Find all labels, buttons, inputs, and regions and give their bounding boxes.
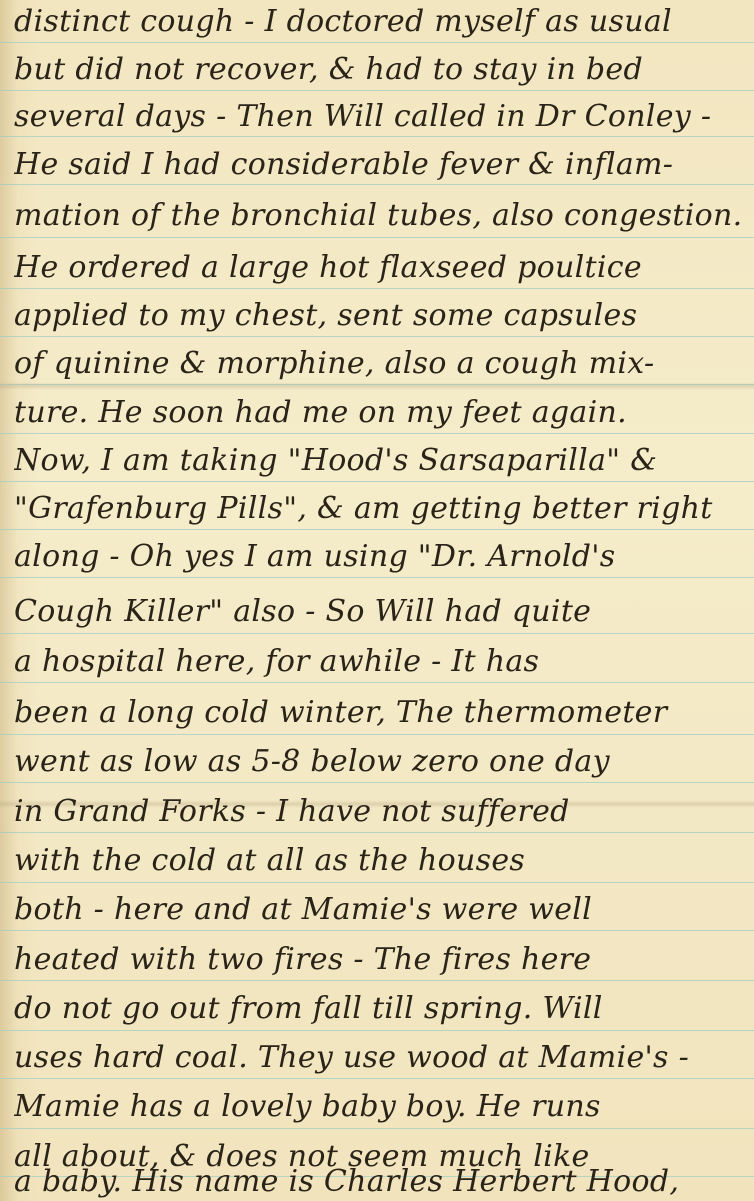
text-line: Mamie has a lovely baby boy. He runs [14, 1089, 748, 1125]
rule-line [0, 237, 754, 238]
rule-line [0, 734, 754, 735]
rule-line [0, 288, 754, 289]
text-line: He said I had considerable fever & infla… [14, 147, 748, 183]
rule-line [0, 682, 754, 683]
rule-line [0, 90, 754, 91]
rule-line [0, 633, 754, 634]
text-line: uses hard coal. They use wood at Mamie's… [14, 1040, 748, 1076]
rule-line [0, 42, 754, 43]
rule-line [0, 882, 754, 883]
text-line: "Grafenburg Pills", & am getting better … [14, 491, 748, 527]
letter-page: distinct cough - I doctored myself as us… [0, 0, 754, 1201]
rule-line [0, 481, 754, 482]
text-line: ture. He soon had me on my feet again. [14, 395, 748, 431]
text-line: He ordered a large hot flaxseed poultice [14, 250, 748, 286]
text-line: heated with two fires - The fires here [14, 942, 748, 978]
text-line: but did not recover, & had to stay in be… [14, 52, 748, 88]
text-line: applied to my chest, sent some capsules [14, 298, 748, 334]
rule-line [0, 529, 754, 530]
text-line: along - Oh yes I am using "Dr. Arnold's [14, 539, 748, 575]
rule-line [0, 1078, 754, 1079]
text-line: went as low as 5-8 below zero one day [14, 744, 748, 780]
text-line: with the cold at all as the houses [14, 843, 748, 879]
rule-line [0, 832, 754, 833]
rule-line [0, 184, 754, 185]
paper-fold [0, 382, 754, 390]
text-line: Cough Killer" also - So Will had quite [14, 594, 748, 630]
rule-line [0, 1128, 754, 1129]
rule-line [0, 782, 754, 783]
rule-line [0, 433, 754, 434]
text-line: in Grand Forks - I have not suffered [14, 794, 748, 830]
text-line: several days - Then Will called in Dr Co… [14, 99, 748, 135]
rule-line [0, 980, 754, 981]
rule-line [0, 577, 754, 578]
rule-line [0, 930, 754, 931]
text-line: distinct cough - I doctored myself as us… [14, 4, 748, 40]
text-line: mation of the bronchial tubes, also cong… [14, 198, 748, 234]
text-line: a hospital here, for awhile - It has [14, 644, 748, 680]
rule-line [0, 136, 754, 137]
rule-line [0, 1030, 754, 1031]
rule-line [0, 336, 754, 337]
text-line: of quinine & morphine, also a cough mix- [14, 346, 748, 382]
text-line: Now, I am taking "Hood's Sarsaparilla" & [14, 443, 748, 479]
text-line: do not go out from fall till spring. Wil… [14, 991, 748, 1027]
text-line: been a long cold winter, The thermometer [14, 695, 748, 731]
text-line: a baby. His name is Charles Herbert Hood… [14, 1164, 748, 1200]
text-line: both - here and at Mamie's were well [14, 892, 748, 928]
